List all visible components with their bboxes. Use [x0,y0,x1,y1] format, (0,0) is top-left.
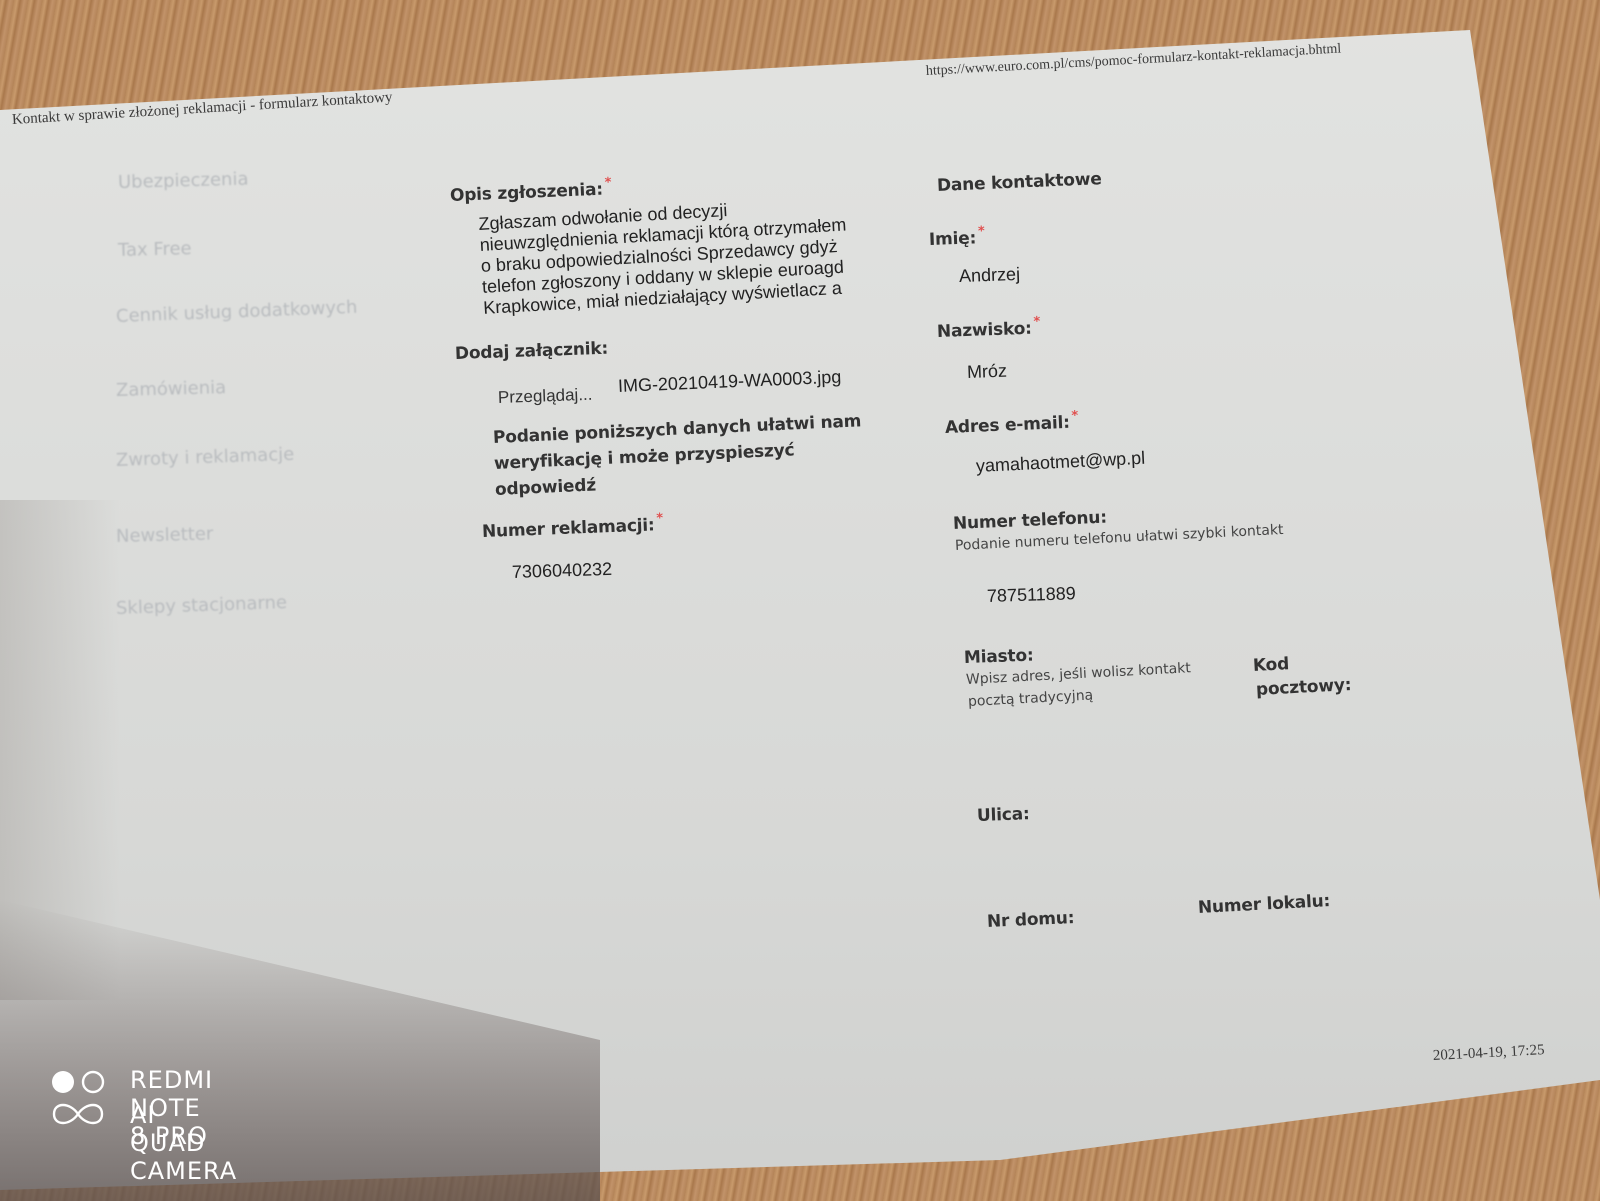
street-label: Ulica: [977,804,1030,826]
sidebar-item-zamowienia[interactable]: Zamówienia [116,377,227,401]
complaint-number-input[interactable]: 7306040232 [512,559,613,583]
last-name-input[interactable]: Mróz [967,361,1008,383]
house-number-label: Nr domu: [987,908,1075,932]
postal-code-input[interactable] [1256,710,1376,740]
last-name-label: Nazwisko: [937,318,1041,342]
sidebar-item-newsletter[interactable]: Newsletter [116,523,214,547]
city-label: Miasto: [964,646,1034,668]
sidebar-item-ubezpieczenia[interactable]: Ubezpieczenia [118,169,249,193]
browse-button[interactable]: Przeglądaj... [498,385,593,408]
watermark-line-2: AI QUAD CAMERA [130,1101,237,1185]
phone-input[interactable]: 787511889 [987,583,1076,607]
first-name-input[interactable]: Andrzej [959,264,1021,287]
apartment-number-input[interactable] [1200,928,1360,958]
first-name-label: Imię: [929,228,985,250]
street-input[interactable] [978,836,1338,866]
sidebar-item-tax-free[interactable]: Tax Free [118,238,192,261]
quad-camera-icon [50,1064,106,1128]
postal-code-label-line: Kod [1252,654,1289,676]
house-number-input[interactable] [988,942,1148,972]
city-input[interactable] [966,720,1186,750]
